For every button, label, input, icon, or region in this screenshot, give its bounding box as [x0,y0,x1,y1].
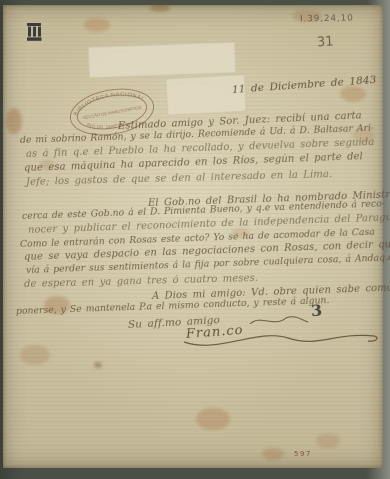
scanned-letter-page: BIBLIOTECA NACIONAL RIO DE JANEIRO SECÇÃ… [0,0,390,479]
tape-patch-top [87,41,236,78]
call-number: I.39,24,10 [300,14,354,25]
oval-stamp-middle-text: SECÇÃO DE MANUSCRIPTOS [82,105,142,120]
corner-stamp-icon [26,21,43,43]
inventory-number: 597 [294,450,312,458]
page-number: 31 [316,34,334,50]
